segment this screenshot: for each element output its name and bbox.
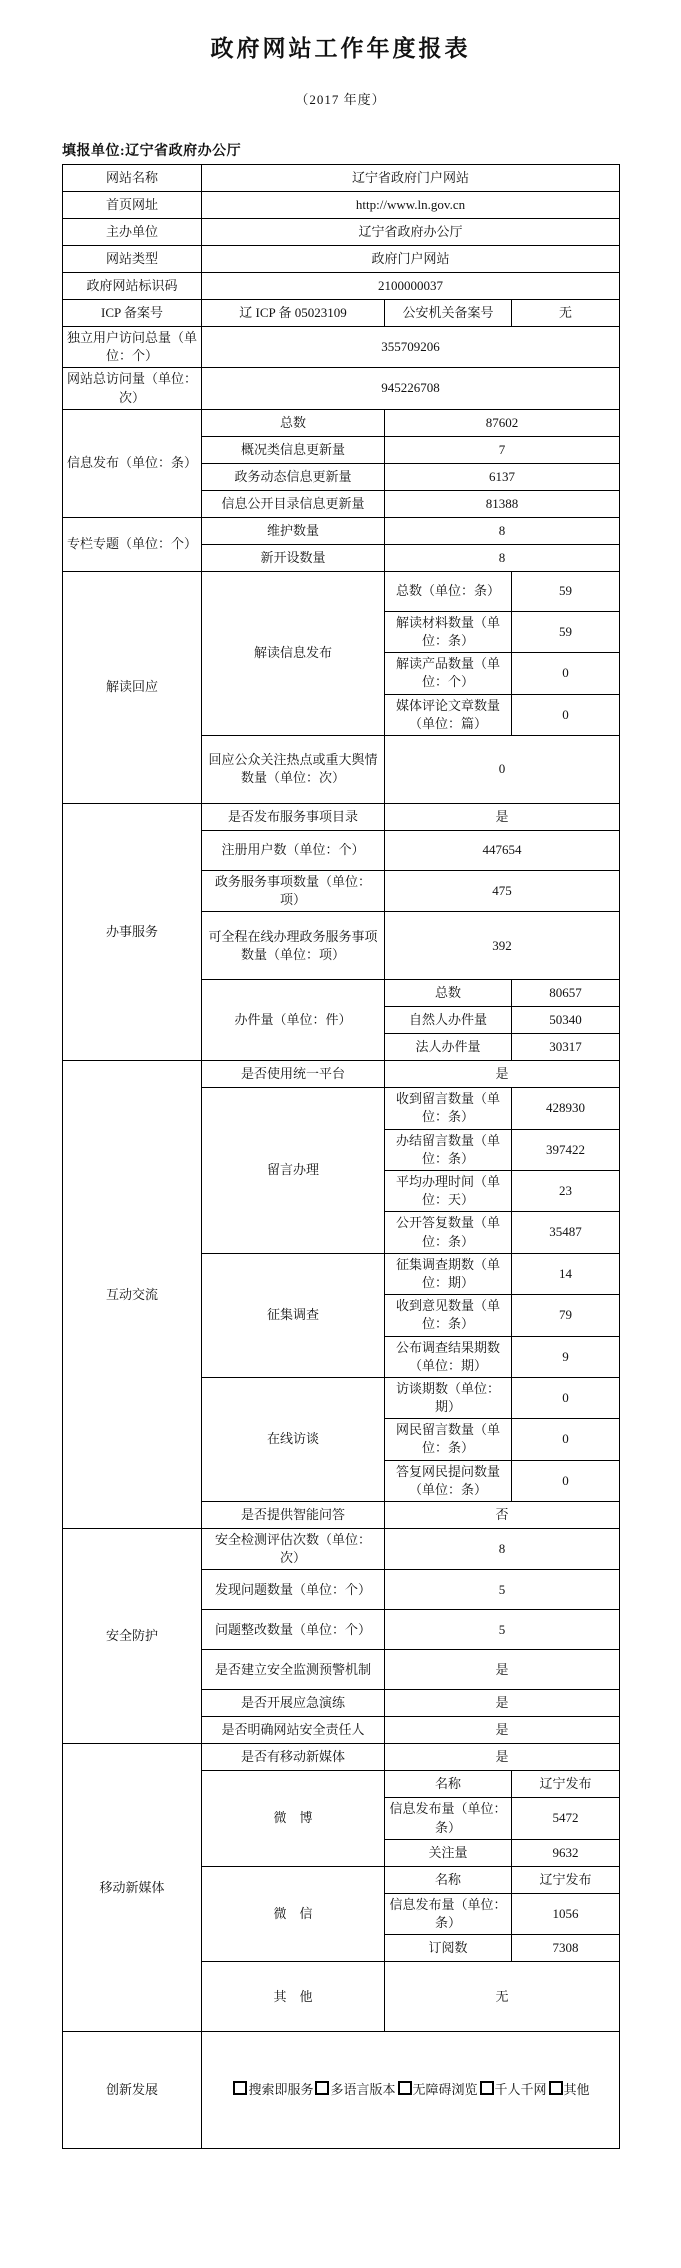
weibo-item-value: 9632: [512, 1839, 620, 1866]
info-pub-item-label: 信息公开目录信息更新量: [202, 490, 385, 517]
unique-visitors-label: 独立用户访问总量（单位：个）: [63, 327, 202, 368]
sponsor-value: 辽宁省政府办公厅: [202, 219, 620, 246]
interpretation-item-label: 解读产品数量（单位：个）: [385, 653, 512, 694]
messages-item-label: 办结留言数量（单位：条）: [385, 1129, 512, 1170]
table-row: 网站类型政府门户网站: [63, 246, 620, 273]
info-pub-item-value: 7: [385, 436, 620, 463]
sponsor-label: 主办单位: [63, 219, 202, 246]
messages-item-label: 平均办理时间（单位：天）: [385, 1171, 512, 1212]
site-code-value: 2100000037: [202, 273, 620, 300]
table-row: 主办单位辽宁省政府办公厅: [63, 219, 620, 246]
wechat-label: 微 信: [202, 1866, 385, 1961]
checkbox-icon[interactable]: [233, 2081, 247, 2095]
site-type-label: 网站类型: [63, 246, 202, 273]
icp-label: ICP 备案号: [63, 300, 202, 327]
unique-visitors-value: 355709206: [202, 327, 620, 368]
checkbox-label: 搜索即服务: [248, 2082, 313, 2097]
site-type-value: 政府门户网站: [202, 246, 620, 273]
messages-item-label: 收到留言数量（单位：条）: [385, 1088, 512, 1129]
security-item-label: 是否开展应急演练: [202, 1690, 385, 1717]
service-item-label: 是否发布服务事项目录: [202, 803, 385, 830]
security-category: 安全防护: [63, 1529, 202, 1744]
messages-item-label: 公开答复数量（单位：条）: [385, 1212, 512, 1253]
weibo-label: 微 博: [202, 1771, 385, 1866]
interviews-label: 在线访谈: [202, 1377, 385, 1501]
interviews-item-value: 0: [512, 1419, 620, 1460]
weibo-item-label: 信息发布量（单位：条）: [385, 1798, 512, 1839]
wechat-item-value: 辽宁发布: [512, 1866, 620, 1893]
info-pub-item-label: 总数: [202, 409, 385, 436]
service-category: 办事服务: [63, 803, 202, 1060]
checkbox-option: 其他: [547, 2082, 590, 2097]
checkbox-icon[interactable]: [480, 2081, 494, 2095]
table-row: 创新发展 搜索即服务多语言版本无障碍浏览千人千网其他: [63, 2032, 620, 2149]
table-row: 网站总访问量（单位：次）945226708: [63, 368, 620, 409]
other-media-label: 其 他: [202, 1962, 385, 2032]
cases-item-label: 法人办件量: [385, 1034, 512, 1061]
messages-item-value: 428930: [512, 1088, 620, 1129]
wechat-item-label: 订阅数: [385, 1935, 512, 1962]
surveys-item-value: 14: [512, 1253, 620, 1294]
site-name-label: 网站名称: [63, 165, 202, 192]
checkbox-icon[interactable]: [315, 2081, 329, 2095]
security-item-value: 是: [385, 1690, 620, 1717]
interpretation-pub-label: 解读信息发布: [202, 571, 385, 735]
table-row: 解读回应解读信息发布总数（单位：条）59: [63, 571, 620, 611]
cases-item-label: 自然人办件量: [385, 1007, 512, 1034]
service-item-value: 392: [385, 912, 620, 980]
table-row: ICP 备案号辽 ICP 备 05023109公安机关备案号无: [63, 300, 620, 327]
site-name-value: 辽宁省政府门户网站: [202, 165, 620, 192]
interpretation-item-label: 总数（单位：条）: [385, 571, 512, 611]
weibo-item-label: 关注量: [385, 1839, 512, 1866]
special-columns-item-value: 8: [385, 517, 620, 544]
info-pub-item-label: 概况类信息更新量: [202, 436, 385, 463]
wechat-item-value: 1056: [512, 1893, 620, 1934]
cases-item-label: 总数: [385, 980, 512, 1007]
checkbox-label: 千人千网: [495, 2082, 547, 2097]
messages-item-value: 23: [512, 1171, 620, 1212]
table-row: 政府网站标识码2100000037: [63, 273, 620, 300]
special-columns-category: 专栏专题（单位：个）: [63, 517, 202, 571]
messages-item-value: 397422: [512, 1129, 620, 1170]
smart-qa-value: 否: [385, 1502, 620, 1529]
reporting-unit: 填报单位:辽宁省政府办公厅: [62, 140, 681, 160]
icp-value: 辽 ICP 备 05023109: [202, 300, 385, 327]
cases-item-value: 50340: [512, 1007, 620, 1034]
table-row: 互动交流是否使用统一平台是: [63, 1061, 620, 1088]
unified-platform-label: 是否使用统一平台: [202, 1061, 385, 1088]
interpretation-item-label: 媒体评论文章数量（单位：篇）: [385, 694, 512, 735]
checkbox-icon[interactable]: [398, 2081, 412, 2095]
new-media-category: 移动新媒体: [63, 1744, 202, 2032]
home-url-value: http://www.ln.gov.cn: [202, 192, 620, 219]
table-row: 移动新媒体是否有移动新媒体是: [63, 1744, 620, 1771]
checkbox-label: 无障碍浏览: [413, 2082, 478, 2097]
interpretation-category: 解读回应: [63, 571, 202, 803]
unified-platform-value: 是: [385, 1061, 620, 1088]
special-columns-item-label: 新开设数量: [202, 544, 385, 571]
checkbox-option: 千人千网: [478, 2082, 547, 2097]
hot-response-value: 0: [385, 735, 620, 803]
total-visits-label: 网站总访问量（单位：次）: [63, 368, 202, 409]
table-row: 网站名称辽宁省政府门户网站: [63, 165, 620, 192]
surveys-item-value: 9: [512, 1336, 620, 1377]
special-columns-item-value: 8: [385, 544, 620, 571]
annual-report-table: 网站名称辽宁省政府门户网站 首页网址http://www.ln.gov.cn 主…: [62, 164, 620, 2149]
checkbox-icon[interactable]: [549, 2081, 563, 2095]
messages-label: 留言办理: [202, 1088, 385, 1254]
cases-item-value: 80657: [512, 980, 620, 1007]
other-media-value: 无: [385, 1962, 620, 2032]
interviews-item-value: 0: [512, 1460, 620, 1501]
info-pub-item-label: 政务动态信息更新量: [202, 463, 385, 490]
page-title: 政府网站工作年度报表: [0, 0, 681, 63]
has-new-media-value: 是: [385, 1744, 620, 1771]
checkbox-option: 搜索即服务: [231, 2082, 313, 2097]
interpretation-item-value: 59: [512, 611, 620, 652]
interpretation-item-label: 解读材料数量（单位：条）: [385, 611, 512, 652]
interpretation-item-value: 0: [512, 653, 620, 694]
security-item-value: 是: [385, 1717, 620, 1744]
site-code-label: 政府网站标识码: [63, 273, 202, 300]
table-row: 专栏专题（单位：个）维护数量8: [63, 517, 620, 544]
security-item-value: 5: [385, 1570, 620, 1610]
interviews-item-label: 答复网民提问数量（单位：条）: [385, 1460, 512, 1501]
checkbox-label: 多语言版本: [330, 2082, 395, 2097]
service-item-value: 447654: [385, 830, 620, 870]
interpretation-item-value: 0: [512, 694, 620, 735]
info-pub-item-value: 87602: [385, 409, 620, 436]
security-item-value: 是: [385, 1650, 620, 1690]
innovation-category: 创新发展: [63, 2032, 202, 2149]
table-row: 独立用户访问总量（单位：个）355709206: [63, 327, 620, 368]
page-subtitle: （2017 年度）: [0, 89, 681, 108]
table-row: 信息发布（单位：条）总数87602: [63, 409, 620, 436]
interpretation-item-value: 59: [512, 571, 620, 611]
security-item-label: 问题整改数量（单位：个）: [202, 1610, 385, 1650]
service-item-label: 政务服务事项数量（单位：项）: [202, 870, 385, 911]
messages-item-value: 35487: [512, 1212, 620, 1253]
home-url-label: 首页网址: [63, 192, 202, 219]
interaction-category: 互动交流: [63, 1061, 202, 1529]
security-item-value: 5: [385, 1610, 620, 1650]
service-item-value: 475: [385, 870, 620, 911]
police-record-value: 无: [512, 300, 620, 327]
checkbox-option: 无障碍浏览: [396, 2082, 478, 2097]
surveys-item-value: 79: [512, 1295, 620, 1336]
surveys-item-label: 征集调查期数（单位：期）: [385, 1253, 512, 1294]
weibo-item-value: 辽宁发布: [512, 1771, 620, 1798]
has-new-media-label: 是否有移动新媒体: [202, 1744, 385, 1771]
security-item-label: 是否建立安全监测预警机制: [202, 1650, 385, 1690]
surveys-label: 征集调查: [202, 1253, 385, 1377]
innovation-options-cell: 搜索即服务多语言版本无障碍浏览千人千网其他: [202, 2032, 620, 2149]
checkbox-label: 其他: [564, 2082, 590, 2097]
hot-response-label: 回应公众关注热点或重大舆情数量（单位：次）: [202, 735, 385, 803]
wechat-item-label: 名称: [385, 1866, 512, 1893]
table-row: 办事服务是否发布服务事项目录是: [63, 803, 620, 830]
wechat-item-label: 信息发布量（单位：条）: [385, 1893, 512, 1934]
service-item-value: 是: [385, 803, 620, 830]
weibo-item-label: 名称: [385, 1771, 512, 1798]
table-row: 首页网址http://www.ln.gov.cn: [63, 192, 620, 219]
service-item-label: 注册用户数（单位：个）: [202, 830, 385, 870]
service-item-label: 可全程在线办理政务服务事项数量（单位：项）: [202, 912, 385, 980]
security-item-label: 发现问题数量（单位：个）: [202, 1570, 385, 1610]
cases-label: 办件量（单位：件）: [202, 980, 385, 1061]
report-page: 政府网站工作年度报表 （2017 年度） 填报单位:辽宁省政府办公厅 网站名称辽…: [0, 0, 681, 2268]
security-item-label: 是否明确网站安全责任人: [202, 1717, 385, 1744]
surveys-item-label: 公布调查结果期数（单位：期）: [385, 1336, 512, 1377]
table-row: 安全防护安全检测评估次数（单位：次）8: [63, 1529, 620, 1570]
smart-qa-label: 是否提供智能问答: [202, 1502, 385, 1529]
info-pub-category: 信息发布（单位：条）: [63, 409, 202, 517]
total-visits-value: 945226708: [202, 368, 620, 409]
info-pub-item-value: 81388: [385, 490, 620, 517]
special-columns-item-label: 维护数量: [202, 517, 385, 544]
checkbox-option: 多语言版本: [313, 2082, 395, 2097]
security-item-label: 安全检测评估次数（单位：次）: [202, 1529, 385, 1570]
wechat-item-value: 7308: [512, 1935, 620, 1962]
police-record-label: 公安机关备案号: [385, 300, 512, 327]
interviews-item-value: 0: [512, 1377, 620, 1418]
security-item-value: 8: [385, 1529, 620, 1570]
surveys-item-label: 收到意见数量（单位：条）: [385, 1295, 512, 1336]
interviews-item-label: 网民留言数量（单位：条）: [385, 1419, 512, 1460]
cases-item-value: 30317: [512, 1034, 620, 1061]
interviews-item-label: 访谈期数（单位：期）: [385, 1377, 512, 1418]
weibo-item-value: 5472: [512, 1798, 620, 1839]
info-pub-item-value: 6137: [385, 463, 620, 490]
